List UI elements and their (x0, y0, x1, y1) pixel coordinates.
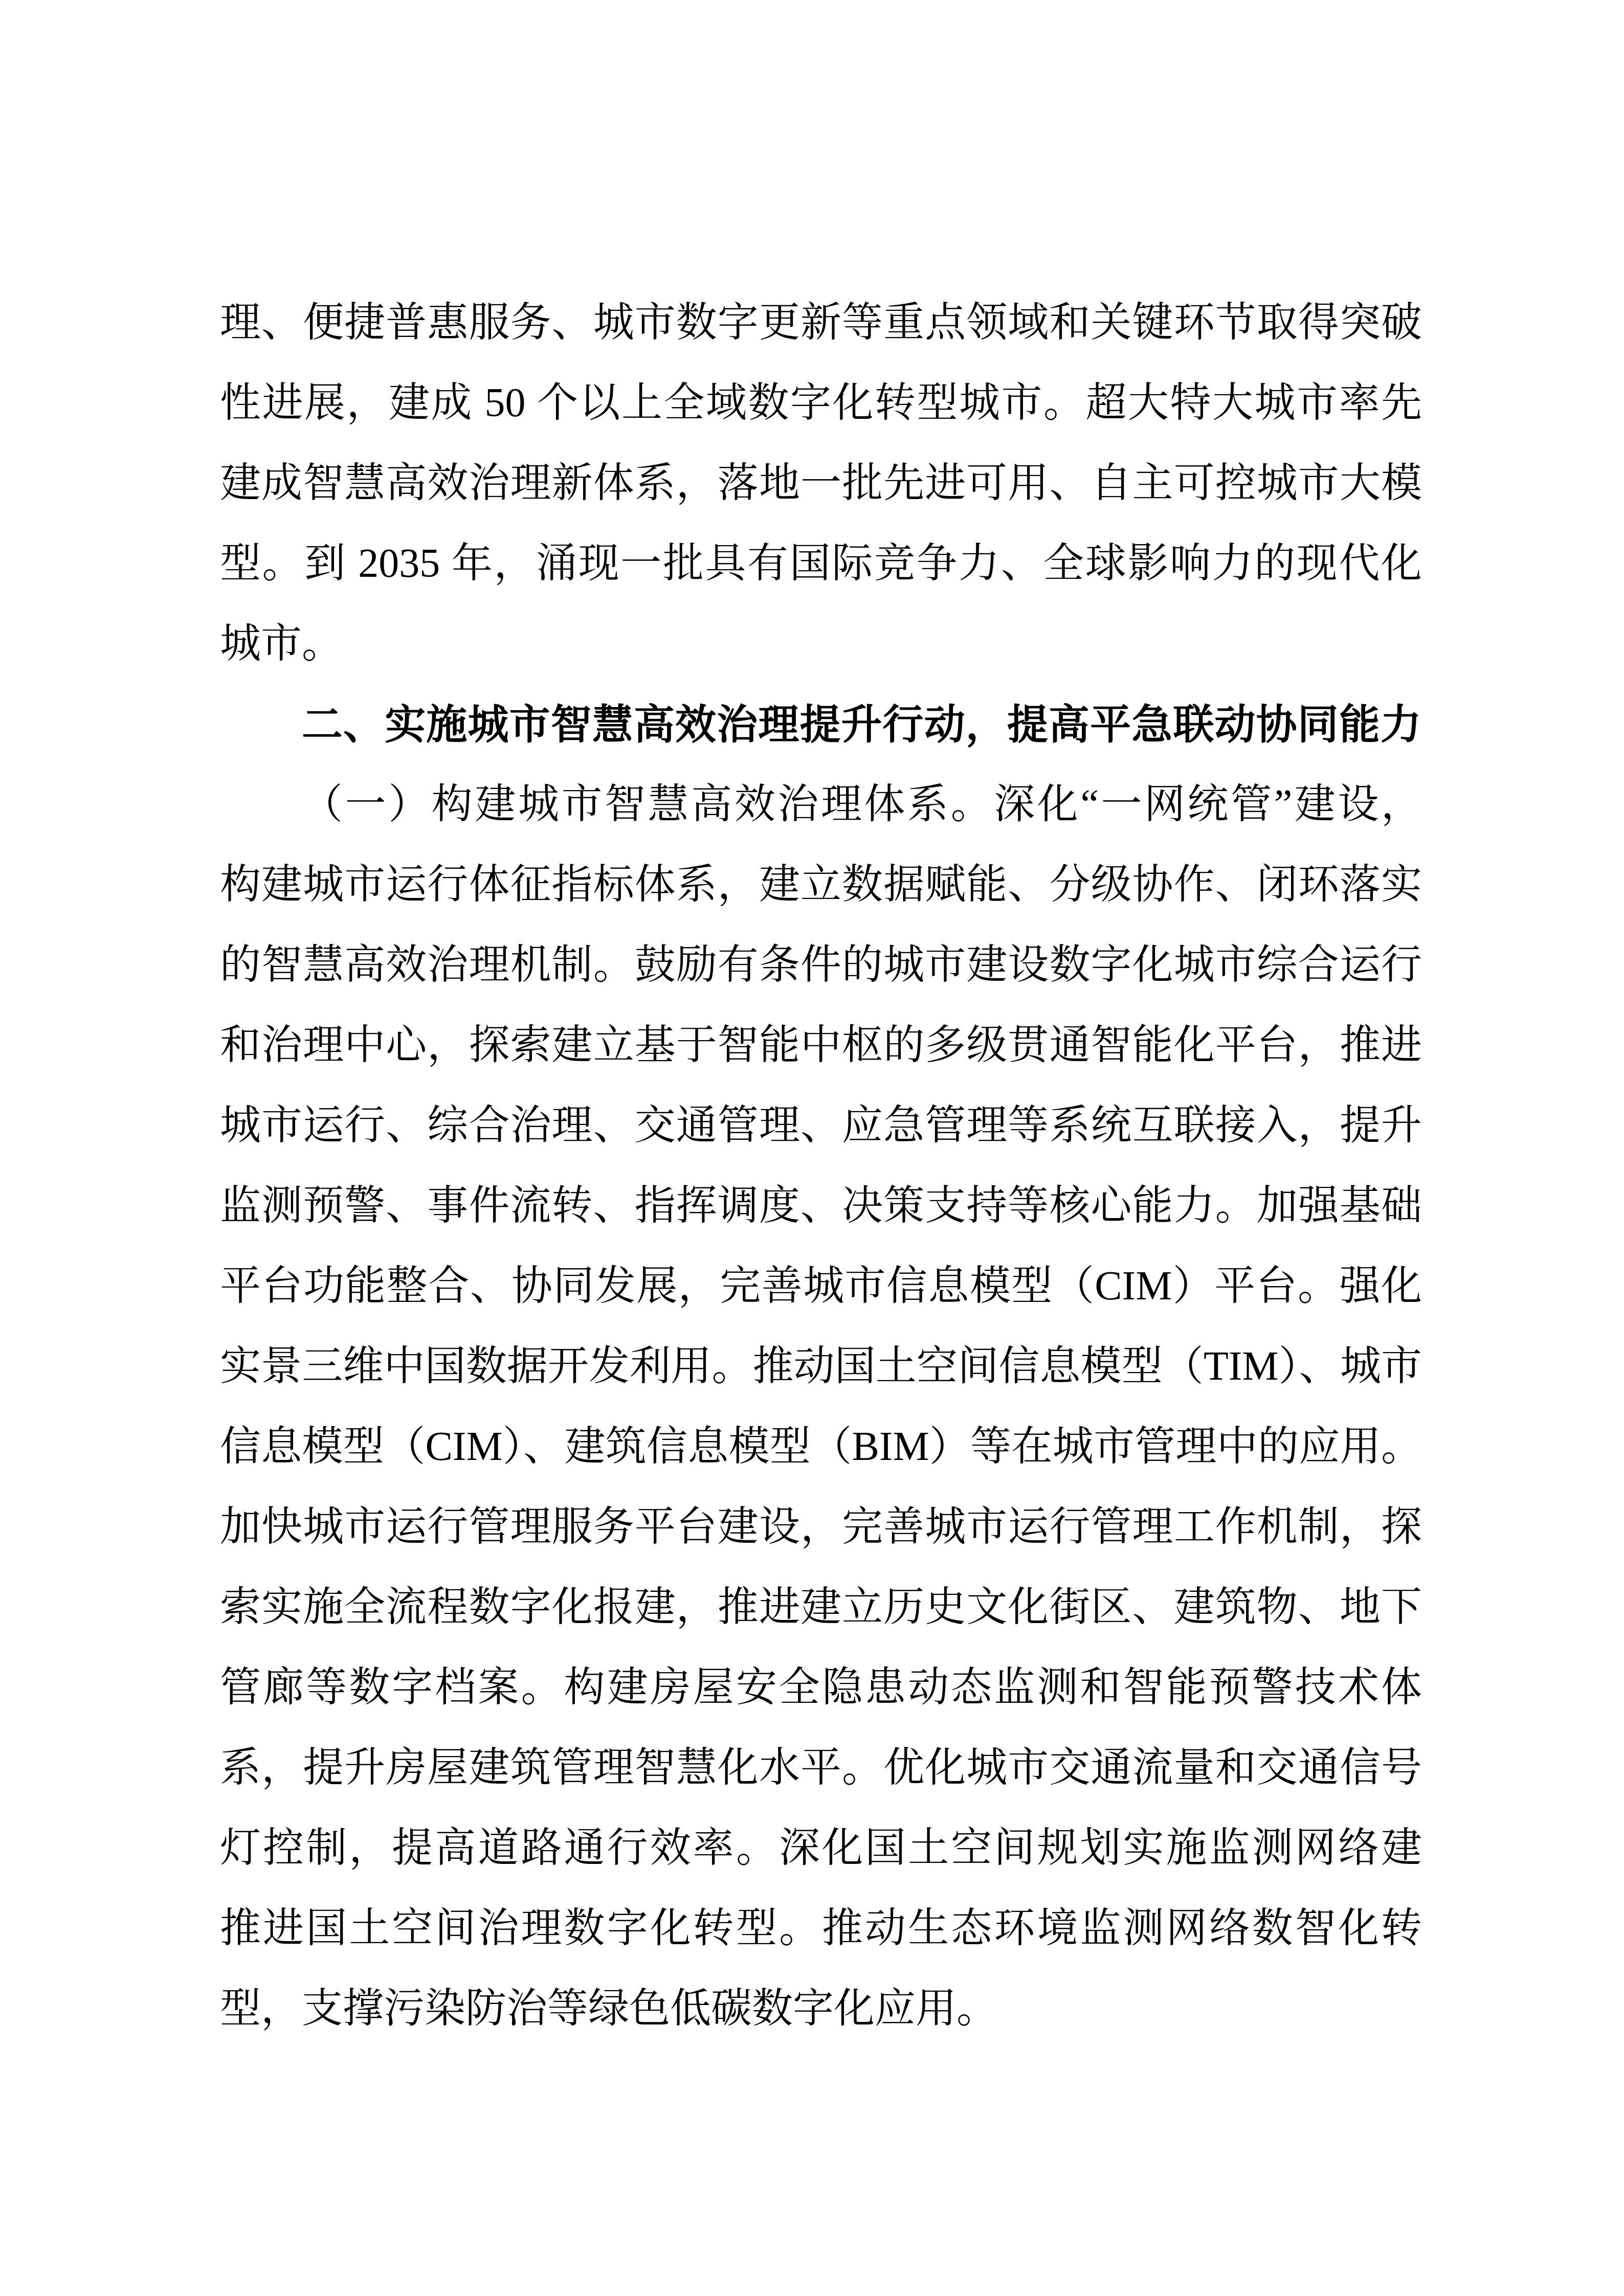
text-line: 理、便捷普惠服务、城市数字更新等重点领域和关键环节取得突破 (220, 283, 1422, 363)
section-heading: 二、实施城市智慧高效治理提升行动，提高平急联动协同能力 (220, 684, 1422, 764)
text-line: 实景三维中国数据开发利用。推动国土空间信息模型（TIM）、城市 (220, 1326, 1422, 1407)
text-line: 型。到 2035 年，涌现一批具有国际竞争力、全球影响力的现代化 (220, 524, 1422, 604)
text-line: 型，支撑污染防治等绿色低碳数字化应用。 (220, 1969, 1422, 2049)
text-line: 平台功能整合、协同发展，完善城市信息模型（CIM）平台。强化 (220, 1246, 1422, 1326)
paragraph-subsection: （一）构建城市智慧高效治理体系。深化“一网统管”建设， 构建城市运行体征指标体系… (220, 764, 1422, 2049)
text-line: 性进展，建成 50 个以上全域数字化转型城市。超大特大城市率先 (220, 363, 1422, 443)
text-line: 信息模型（CIM）、建筑信息模型（BIM）等在城市管理中的应用。 (220, 1407, 1422, 1487)
text-line: 和治理中心，探索建立基于智能中枢的多级贯通智能化平台，推进 (220, 1005, 1422, 1086)
text-line: 索实施全流程数字化报建，推进建立历史文化街区、建筑物、地下 (220, 1567, 1422, 1648)
subsection-lead: （一）构建城市智慧高效治理体系。 (302, 782, 994, 827)
text-line: 推进国土空间治理数字化转型。推动生态环境监测网络数智化转 (220, 1888, 1422, 1969)
text-line: （一）构建城市智慧高效治理体系。深化“一网统管”建设， (220, 764, 1422, 845)
text-column: 理、便捷普惠服务、城市数字更新等重点领域和关键环节取得突破 性进展，建成 50 … (220, 283, 1422, 2049)
text-line: 管廊等数字档案。构建房屋安全隐患动态监测和智能预警技术体 (220, 1648, 1422, 1728)
paragraph-continuation: 理、便捷普惠服务、城市数字更新等重点领域和关键环节取得突破 性进展，建成 50 … (220, 283, 1422, 684)
text-line: 灯控制，提高道路通行效率。深化国土空间规划实施监测网络建设， (220, 1808, 1422, 1888)
text-line: 构建城市运行体征指标体系，建立数据赋能、分级协作、闭环落实 (220, 845, 1422, 925)
document-page: 理、便捷普惠服务、城市数字更新等重点领域和关键环节取得突破 性进展，建成 50 … (0, 0, 1624, 2296)
text-line: 城市。 (220, 604, 1422, 684)
text-line: 的智慧高效治理机制。鼓励有条件的城市建设数字化城市综合运行 (220, 925, 1422, 1005)
text-line: 系，提升房屋建筑管理智慧化水平。优化城市交通流量和交通信号 (220, 1728, 1422, 1808)
text-line: 加快城市运行管理服务平台建设，完善城市运行管理工作机制，探 (220, 1487, 1422, 1567)
text-line: 监测预警、事件流转、指挥调度、决策支持等核心能力。加强基础 (220, 1166, 1422, 1246)
subsection-lead-suffix: 深化“一网统管”建设， (994, 782, 1422, 827)
text-line: 城市运行、综合治理、交通管理、应急管理等系统互联接入，提升 (220, 1086, 1422, 1166)
text-line: 建成智慧高效治理新体系，落地一批先进可用、自主可控城市大模 (220, 443, 1422, 524)
